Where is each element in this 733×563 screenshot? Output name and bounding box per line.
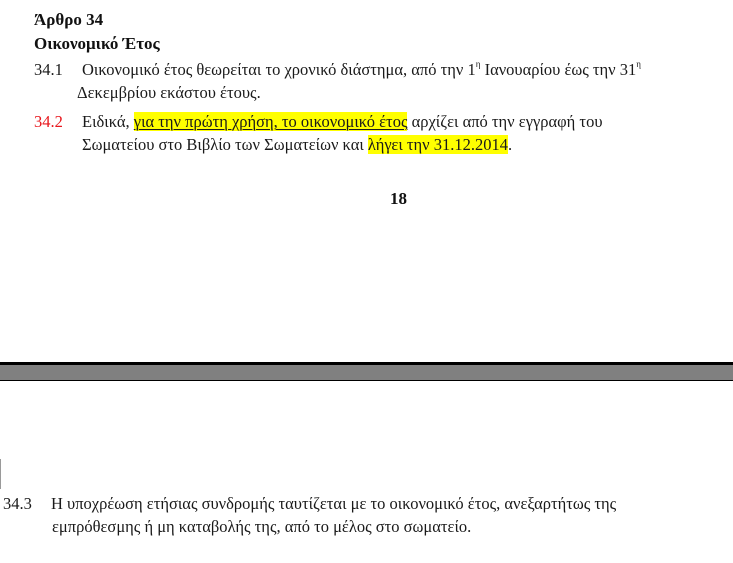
- superscript: η: [476, 59, 481, 69]
- clause-text: Οικονομικό έτος θεωρείται το χρονικό διά…: [82, 60, 476, 79]
- clause-number: 34.3: [3, 494, 51, 514]
- clause-number: 34.1: [34, 60, 82, 80]
- document-page-18: Άρθρο 34 Οικονομικό Έτος 34.1Οικονομικό …: [0, 0, 733, 362]
- text-cursor: [0, 459, 1, 489]
- clause-text: Ειδικά,: [82, 112, 134, 131]
- article-title: Άρθρο 34: [34, 10, 103, 30]
- clause-34-1-line-2: Δεκεμβρίου εκάστου έτους.: [77, 83, 261, 103]
- page-number: 18: [390, 189, 407, 209]
- page-border: [0, 380, 733, 381]
- clause-34-2-line-2: Σωματείου στο Βιβλίο των Σωματείων και λ…: [82, 135, 512, 155]
- clause-34-1-line-1: 34.1Οικονομικό έτος θεωρείται το χρονικό…: [34, 60, 641, 80]
- clause-text: αρχίζει από την εγγραφή του: [407, 112, 602, 131]
- clause-34-3-line-2: εμπρόθεσμης ή μη καταβολής της, από το μ…: [52, 517, 471, 537]
- clause-text: .: [508, 135, 512, 154]
- clause-text: Ιανουαρίου έως την 31: [480, 60, 636, 79]
- highlighted-text: για την πρώτη χρήση, το οικονομικό έτος: [134, 112, 408, 131]
- clause-text: Η υποχρέωση ετήσιας συνδρομής ταυτίζεται…: [51, 494, 616, 513]
- article-subtitle: Οικονομικό Έτος: [34, 34, 160, 54]
- superscript: η: [636, 59, 641, 69]
- clause-text: Σωματείου στο Βιβλίο των Σωματείων και: [82, 135, 368, 154]
- clause-number-red: 34.2: [34, 112, 82, 132]
- clause-34-3-line-1: 34.3Η υποχρέωση ετήσιας συνδρομής ταυτίζ…: [3, 494, 616, 514]
- clause-34-2-line-1: 34.2Ειδικά, για την πρώτη χρήση, το οικο…: [34, 112, 603, 132]
- highlighted-text: λήγει την 31.12.2014: [368, 135, 508, 154]
- page-gap: [0, 365, 733, 380]
